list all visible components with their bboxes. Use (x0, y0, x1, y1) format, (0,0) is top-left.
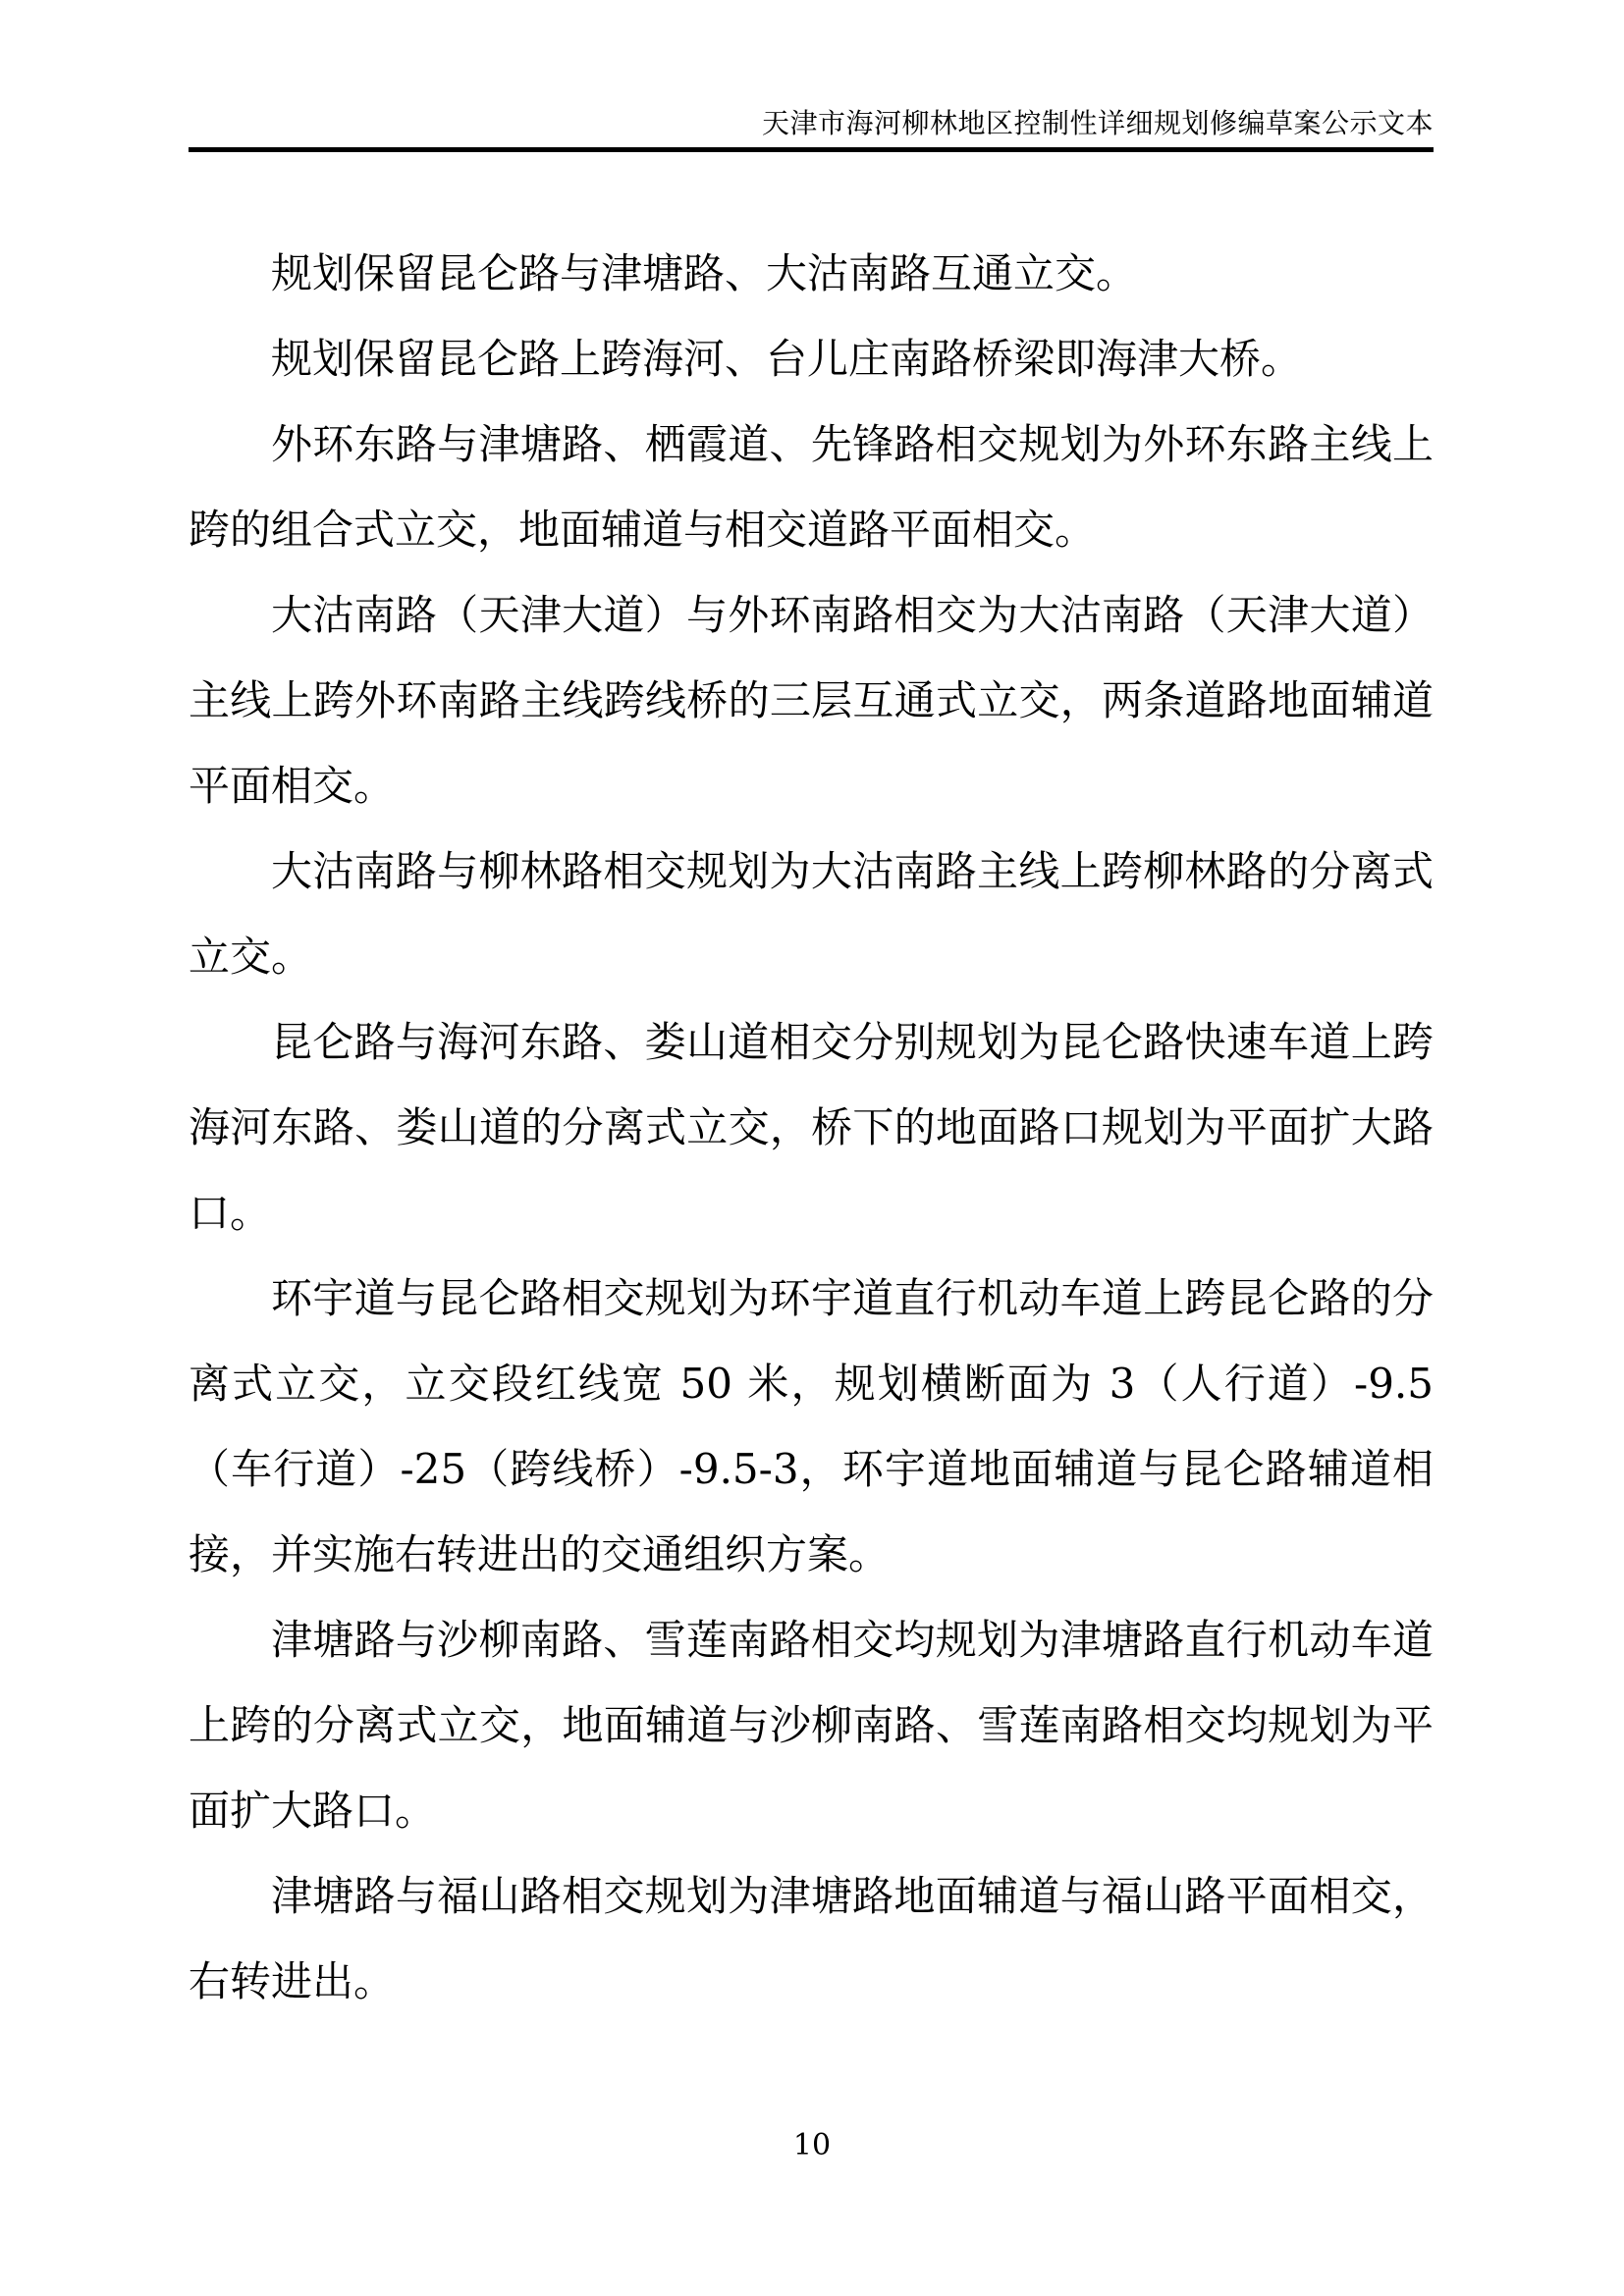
document-body: 规划保留昆仑路与津塘路、大沽南路互通立交。 规划保留昆仑路上跨海河、台儿庄南路桥… (189, 231, 1434, 2024)
page-header: 天津市海河柳林地区控制性详细规划修编草案公示文本 (189, 106, 1434, 152)
body-paragraph: 津塘路与沙柳南路、雪莲南路相交均规划为津塘路直行机动车道上跨的分离式立交，地面辅… (189, 1597, 1434, 1853)
body-paragraph: 昆仑路与海河东路、娄山道相交分别规划为昆仑路快速车道上跨海河东路、娄山道的分离式… (189, 999, 1434, 1255)
body-paragraph: 津塘路与福山路相交规划为津塘路地面辅道与福山路平面相交，右转进出。 (189, 1853, 1434, 2024)
body-paragraph: 大沽南路与柳林路相交规划为大沽南路主线上跨柳林路的分离式立交。 (189, 828, 1434, 999)
page-footer: 10 (0, 2128, 1624, 2163)
body-paragraph: 规划保留昆仑路上跨海河、台儿庄南路桥梁即海津大桥。 (189, 316, 1434, 401)
page-number: 10 (793, 2128, 831, 2163)
body-paragraph: 规划保留昆仑路与津塘路、大沽南路互通立交。 (189, 231, 1434, 316)
body-paragraph: 大沽南路（天津大道）与外环南路相交为大沽南路（天津大道）主线上跨外环南路主线跨线… (189, 572, 1434, 828)
body-paragraph: 外环东路与津塘路、栖霞道、先锋路相交规划为外环东路主线上跨的组合式立交，地面辅道… (189, 401, 1434, 572)
body-paragraph: 环宇道与昆仑路相交规划为环宇道直行机动车道上跨昆仑路的分离式立交，立交段红线宽 … (189, 1255, 1434, 1597)
document-page: 天津市海河柳林地区控制性详细规划修编草案公示文本 规划保留昆仑路与津塘路、大沽南… (0, 0, 1624, 2296)
header-title: 天津市海河柳林地区控制性详细规划修编草案公示文本 (762, 107, 1434, 139)
